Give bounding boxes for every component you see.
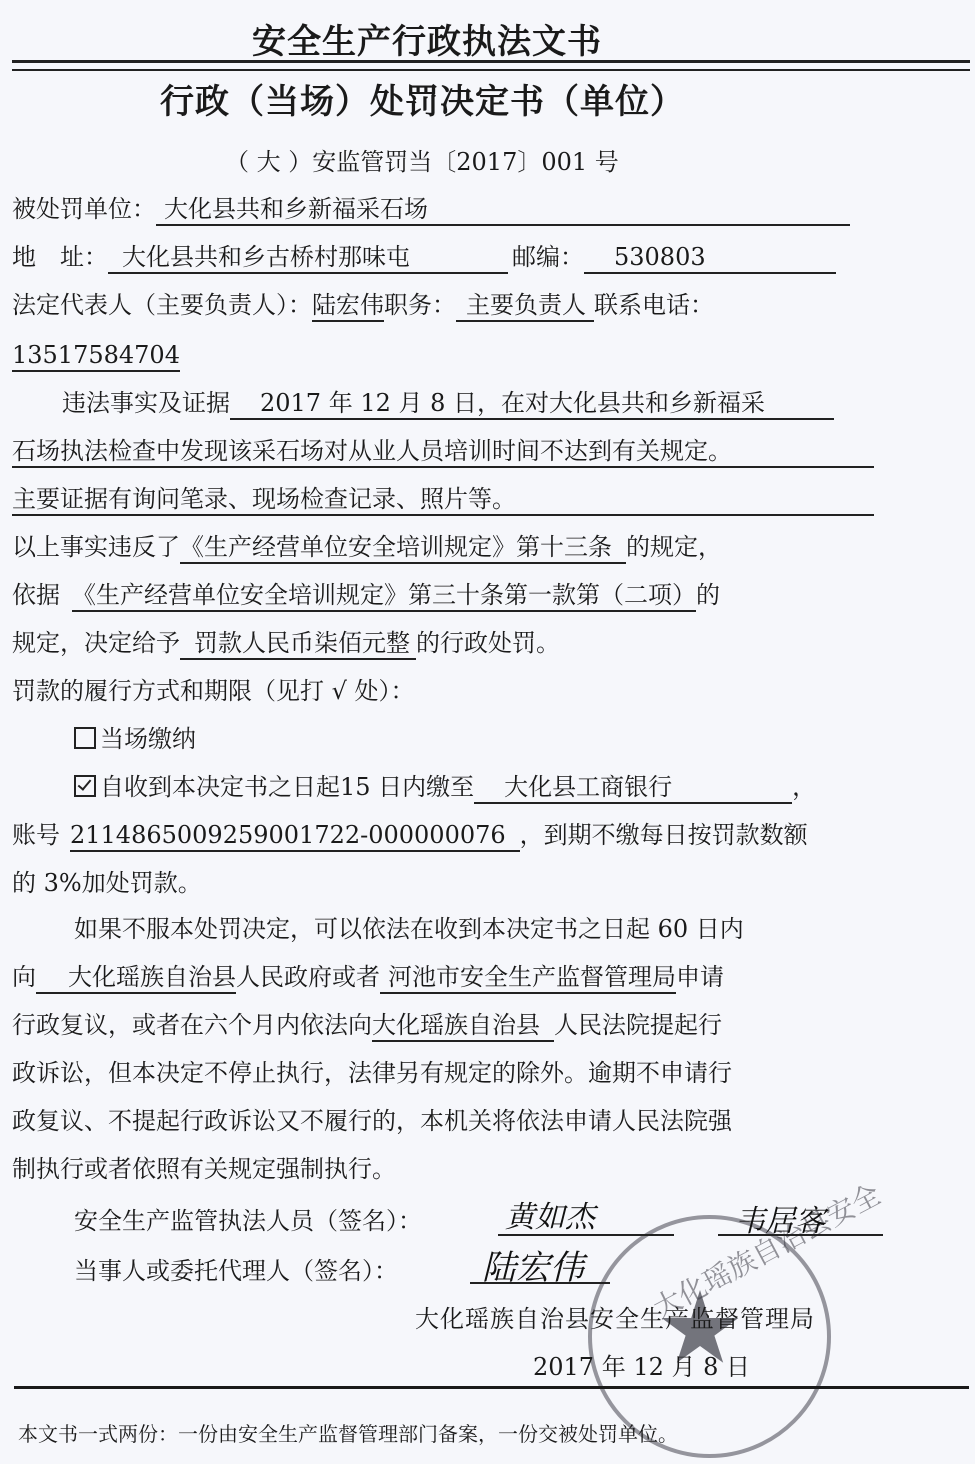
position-label: 职务： — [384, 291, 456, 319]
rep-label: 法定代表人（主要负责人）： — [12, 291, 312, 319]
option-onsite-label: 当场缴纳 — [100, 725, 196, 753]
payment-option-onsite: 当场缴纳 — [74, 724, 196, 754]
unit-value: 大化县共和乡新福采石场 — [156, 194, 850, 226]
facts-line-3: 主要证据有询问笔录、现场检查记录、照片等。 — [12, 484, 874, 516]
position-value: 主要负责人 — [456, 290, 594, 322]
basis-provision: 《生产经营单位安全培训规定》第三十条第一款第（二项） — [72, 580, 696, 612]
appeal-line-3: 行政复议，或者在六个月内依法向大化瑶族自治县人民法院提起行 — [12, 1010, 722, 1042]
address-row: 地 址：大化县共和乡古桥村那味屯邮编：530803 — [12, 242, 836, 274]
address-label: 地 址： — [12, 243, 108, 271]
penalty-prefix: 规定，决定给予 — [12, 629, 180, 657]
appeal-line-4: 政诉讼，但本决定不停止执行，法律另有规定的除外。逾期不申请行 — [12, 1058, 732, 1088]
account-row: 账号2114865009259001722-000000076，到期不缴每日按罚… — [12, 820, 808, 852]
basis-row: 依据《生产经营单位安全培训规定》第三十条第一款第（二项）的 — [12, 580, 720, 612]
unit-label: 被处罚单位： — [12, 195, 156, 223]
party-signature-row: 当事人或委托代理人（签名）： — [74, 1256, 398, 1286]
penalty-row: 规定，决定给予罚款人民币柒佰元整的行政处罚。 — [12, 628, 560, 660]
checkbox-unchecked-icon — [74, 727, 96, 749]
appeal-to: 向 — [12, 963, 36, 991]
violation-row: 以上事实违反了《生产经营单位安全培训规定》第十三条的规定， — [12, 532, 722, 564]
facts-row-1: 违法事实及证据2017 年 12 月 8 日，在对大化县共和乡新福采 — [62, 388, 834, 420]
violation-suffix: 的规定， — [626, 533, 722, 561]
appeal-apply: 申请 — [676, 963, 724, 991]
footer-note: 本文书一式两份：一份由安全生产监督管理部门备案，一份交被处罚单位。 — [18, 1418, 678, 1447]
appeal-government: 大化瑶族自治县 — [36, 962, 236, 994]
account-label: 账号 — [12, 821, 60, 849]
option-bank-label: 自收到本决定书之日起15 日内缴至 — [100, 773, 474, 801]
account-value: 2114865009259001722-000000076 — [70, 820, 520, 852]
basis-prefix: 依据 — [12, 581, 60, 609]
postcode-value: 530803 — [584, 242, 836, 274]
violation-provision: 《生产经营单位安全培训规定》第十三条 — [180, 532, 626, 564]
facts-row-3: 主要证据有询问笔录、现场检查记录、照片等。 — [12, 484, 874, 516]
violation-prefix: 以上事实违反了 — [12, 533, 180, 561]
penalty-value: 罚款人民币柒佰元整 — [180, 628, 416, 660]
party-signature: 陆宏伟 — [482, 1240, 584, 1289]
penalty-suffix: 的行政处罚。 — [416, 629, 560, 657]
footer-divider — [14, 1386, 969, 1389]
appeal-court: 大化瑶族自治县 — [372, 1010, 554, 1042]
appeal-line-5: 政复议、不提起行政诉讼又不履行的，本机关将依法申请人民法院强 — [12, 1106, 732, 1136]
representative-row: 法定代表人（主要负责人）：陆宏伟职务：主要负责人联系电话： — [12, 290, 714, 322]
appeal-or: 人民政府或者 — [236, 963, 380, 991]
postcode-label: 邮编： — [512, 243, 584, 271]
facts-label: 违法事实及证据 — [62, 389, 230, 417]
facts-line-2: 石场执法检查中发现该采石场对从业人员培训时间不达到有关规定。 — [12, 436, 874, 468]
facts-row-2: 石场执法检查中发现该采石场对从业人员培训时间不达到有关规定。 — [12, 436, 874, 468]
title-divider — [12, 60, 970, 71]
facts-line-1: 2017 年 12 月 8 日，在对大化县共和乡新福采 — [230, 388, 834, 420]
series-title: 安全生产行政执法文书 — [252, 14, 602, 63]
address-value: 大化县共和乡古桥村那味屯 — [108, 242, 508, 274]
appeal-line-2: 向大化瑶族自治县人民政府或者河池市安全生产监督管理局申请 — [12, 962, 724, 994]
appeal-line-6: 制执行或者依照有关规定强制执行。 — [12, 1154, 396, 1184]
basis-suffix: 的 — [696, 581, 720, 609]
phone-value: 13517584704 — [12, 340, 180, 372]
late-fee-row: 的 3%加处罚款。 — [12, 868, 202, 898]
officer-signature-row: 安全生产监管执法人员（签名）： — [74, 1206, 422, 1236]
phone-row: 13517584704 — [12, 340, 180, 372]
checkbox-checked-icon — [74, 775, 96, 797]
appeal-lawsuit-prefix: 行政复议，或者在六个月内依法向 — [12, 1011, 372, 1039]
appeal-lawsuit-suffix: 人民法院提起行 — [554, 1011, 722, 1039]
issue-date: 2017 年 12 月 8 日 — [533, 1352, 750, 1382]
payment-heading: 罚款的履行方式和期限（见打 √ 处）： — [12, 676, 415, 706]
officer-signature-2: 韦居客 — [735, 1196, 825, 1240]
rep-value: 陆宏伟 — [312, 290, 384, 322]
late-fee-text: ，到期不缴每日按罚款数额 — [520, 821, 808, 849]
bank-name: 大化县工商银行 — [474, 772, 792, 804]
officer-signature-1: 黄如杰 — [505, 1192, 595, 1236]
payment-option-bank: 自收到本决定书之日起15 日内缴至大化县工商银行， — [74, 772, 816, 804]
unit-row: 被处罚单位：大化县共和乡新福采石场 — [12, 194, 850, 226]
phone-label: 联系电话： — [594, 291, 714, 319]
appeal-bureau: 河池市安全生产监督管理局 — [380, 962, 676, 994]
appeal-line-1: 如果不服本处罚决定，可以依法在收到本决定书之日起 60 日内 — [74, 914, 744, 944]
document-title: 行政（当场）处罚决定书（单位） — [160, 74, 685, 123]
officer-label: 安全生产监管执法人员（签名）： — [74, 1207, 422, 1235]
party-label: 当事人或委托代理人（签名）： — [74, 1257, 398, 1285]
document-number: （ 大 ）安监管罚当〔2017〕001 号 — [225, 142, 619, 177]
issuing-authority: 大化瑶族自治县安全生产监督管理局 — [415, 1304, 815, 1334]
